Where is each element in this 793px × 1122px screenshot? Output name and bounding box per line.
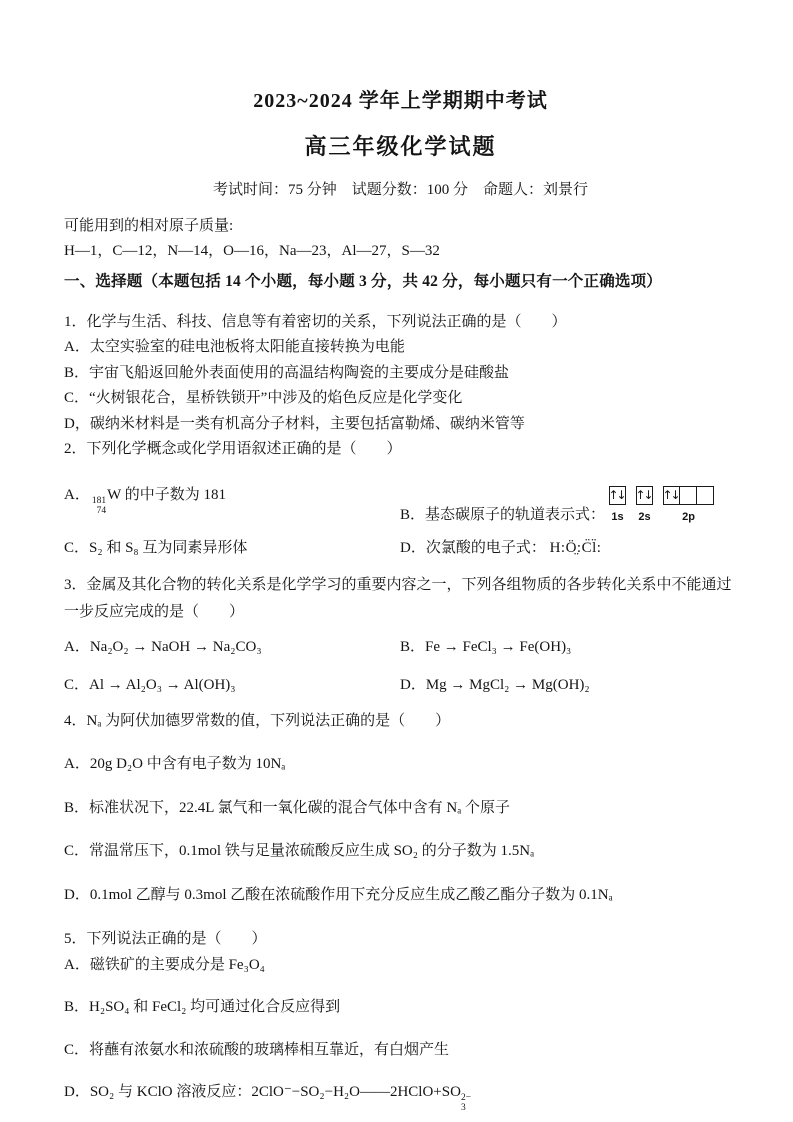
orbital-2p-cell-1: ↑↓ [663,486,680,505]
q1-option-d: D，碳纳米材料是一类有机高分子材料，主要包括富勒烯、碳纳米管等 [64,412,737,438]
q4-stem: 4．Nₐ 为阿伏加德罗常数的值，下列说法正确的是（ ） [64,709,737,735]
sulfite-ion-charge: 2− [461,1093,471,1103]
q1-stem: 1．化学与生活、科技、信息等有着密切的关系，下列说法正确的是（ ） [64,310,737,336]
section-header: 一、选择题（本题包括 14 个小题，每小题 3 分，共 42 分，每小题只有一个… [64,269,737,294]
orbital-2p-cells: ↑↓ [663,486,714,505]
q2-options-row-2: C．S₂ 和 S₈ 互为同素异形体 D．次氯酸的电子式： H:Ö̤:C̈l̈: [64,537,737,559]
q1-option-a: A．太空实验室的硅电池板将太阳能直接转换为电能 [64,335,737,361]
q4-option-c: C．常温常压下，0.1mol 铁与足量浓硫酸反应生成 SO₂ 的分子数为 1.5… [64,839,737,865]
q2-options-row-1: A．18174W 的中子数为 181 B．基态碳原子的轨道表示式： ↑↓ 1s … [64,484,737,526]
q2-option-b: B．基态碳原子的轨道表示式： ↑↓ 1s ↑↓ 2s ↑↓ 2p [400,484,737,526]
exam-info: 考试时间：75 分钟 试题分数：100 分 命题人：刘景行 [64,178,737,199]
orbital-1s-cells: ↑↓ [609,486,626,505]
q4-option-b: B．标准状况下，22.4L 氯气和一氧化碳的混合气体中含有 Nₐ 个原子 [64,796,737,822]
page-title: 2023~2024 学年上学期期中考试 [64,84,737,113]
q2-option-d: D．次氯酸的电子式： H:Ö̤:C̈l̈: [400,537,737,559]
q1-option-b: B．宇宙飞船返回舱外表面使用的高温结构陶瓷的主要成分是硅酸盐 [64,361,737,387]
q2-option-a-text: W 的中子数为 181 [107,487,226,503]
page-subtitle: 高三年级化学试题 [64,130,737,161]
question-1: 1．化学与生活、科技、信息等有着密切的关系，下列说法正确的是（ ） A．太空实验… [64,310,737,438]
q3-option-c: C．Al → Al₂O₃ → Al(OH)₃ [64,674,400,696]
atomic-mass-values: H—1，C—12，N—14，O—16，Na—23，Al—27，S—32 [64,239,737,264]
orbital-1s-cell: ↑↓ [609,486,626,505]
electron-dot-formula: H:Ö̤:C̈l̈: [550,540,602,556]
question-4: 4．Nₐ 为阿伏加德罗常数的值，下列说法正确的是（ ） A．20g D₂O 中含… [64,709,737,909]
orbital-2s-label: 2s [638,506,650,528]
q2-option-a: A．18174W 的中子数为 181 [64,484,400,526]
q3-option-d: D．Mg → MgCl₂ → Mg(OH)₂ [400,674,737,696]
orbital-1s-label: 1s [611,506,623,528]
q2-option-a-label: A． [64,487,90,503]
q4-option-d: D．0.1mol 乙醇与 0.3mol 乙酸在浓硫酸作用下充分反应生成乙酸乙酯分… [64,883,737,909]
q3-option-b: B．Fe → FeCl₃ → Fe(OH)₃ [400,636,737,658]
q5-stem: 5．下列说法正确的是（ ） [64,927,737,953]
q4-option-a: A．20g D₂O 中含有电子数为 10Nₐ [64,752,737,778]
q2-option-c: C．S₂ 和 S₈ 互为同素异形体 [64,537,400,559]
q5-option-b: B．H₂SO₄ 和 FeCl₂ 均可通过化合反应得到 [64,995,737,1021]
q5-option-d: D．SO₂ 与 KClO 溶液反应：2ClO⁻−SO₂−H₂O——2HClO+S… [64,1080,737,1114]
orbital-2s-group: ↑↓ 2s [636,486,653,528]
question-3: 3．金属及其化合物的转化关系是化学学习的重要内容之一，下列各组物质的各步转化关系… [64,572,737,696]
q2-option-d-label: D．次氯酸的电子式： [400,540,546,556]
isotope-notation: 18174 [92,496,106,517]
q3-options-row-1: A．Na₂O₂ → NaOH → Na₂CO₃ B．Fe → FeCl₃ → F… [64,636,737,658]
orbital-2p-cell-3 [697,486,714,505]
isotope-atomic-number: 74 [97,506,107,516]
q2-option-b-label: B．基态碳原子的轨道表示式： [400,504,605,526]
sulfite-ion-subscript: 3 [461,1103,466,1113]
atomic-mass-note: 可能用到的相对原子质量: [64,214,737,239]
q3-options-row-2: C．Al → Al₂O₃ → Al(OH)₃ D．Mg → MgCl₂ → Mg… [64,674,737,696]
q3-option-a: A．Na₂O₂ → NaOH → Na₂CO₃ [64,636,400,658]
isotope-mass-number: 181 [92,496,106,506]
orbital-diagram: ↑↓ 1s ↑↓ 2s ↑↓ 2p [609,486,714,528]
sulfite-ion-charge-stack: 2−3 [461,1093,471,1114]
orbital-1s-group: ↑↓ 1s [609,486,626,528]
q5-option-c: C．将蘸有浓氨水和浓硫酸的玻璃棒相互靠近，有白烟产生 [64,1038,737,1064]
q5-option-d-equation: D．SO₂ 与 KClO 溶液反应：2ClO⁻−SO₂−H₂O——2HClO+S… [64,1084,461,1100]
q3-stem: 3．金属及其化合物的转化关系是化学学习的重要内容之一，下列各组物质的各步转化关系… [64,572,737,626]
exam-paper-page: 2023~2024 学年上学期期中考试 高三年级化学试题 考试时间：75 分钟 … [0,0,793,1122]
orbital-2p-label: 2p [682,506,695,528]
q2-stem: 2．下列化学概念或化学用语叙述正确的是（ ） [64,437,737,463]
page-content: 2023~2024 学年上学期期中考试 高三年级化学试题 考试时间：75 分钟 … [0,0,793,1114]
orbital-2p-cell-2 [680,486,697,505]
orbital-2p-group: ↑↓ 2p [663,486,714,528]
orbital-2s-cell: ↑↓ [636,486,653,505]
q1-option-c: C．“火树银花合，星桥铁锁开”中涉及的焰色反应是化学变化 [64,386,737,412]
q5-option-a: A．磁铁矿的主要成分是 Fe₃O₄ [64,953,737,979]
orbital-2s-cells: ↑↓ [636,486,653,505]
question-5: 5．下列说法正确的是（ ） A．磁铁矿的主要成分是 Fe₃O₄ B．H₂SO₄ … [64,927,737,1114]
question-2: 2．下列化学概念或化学用语叙述正确的是（ ） A．18174W 的中子数为 18… [64,437,737,559]
